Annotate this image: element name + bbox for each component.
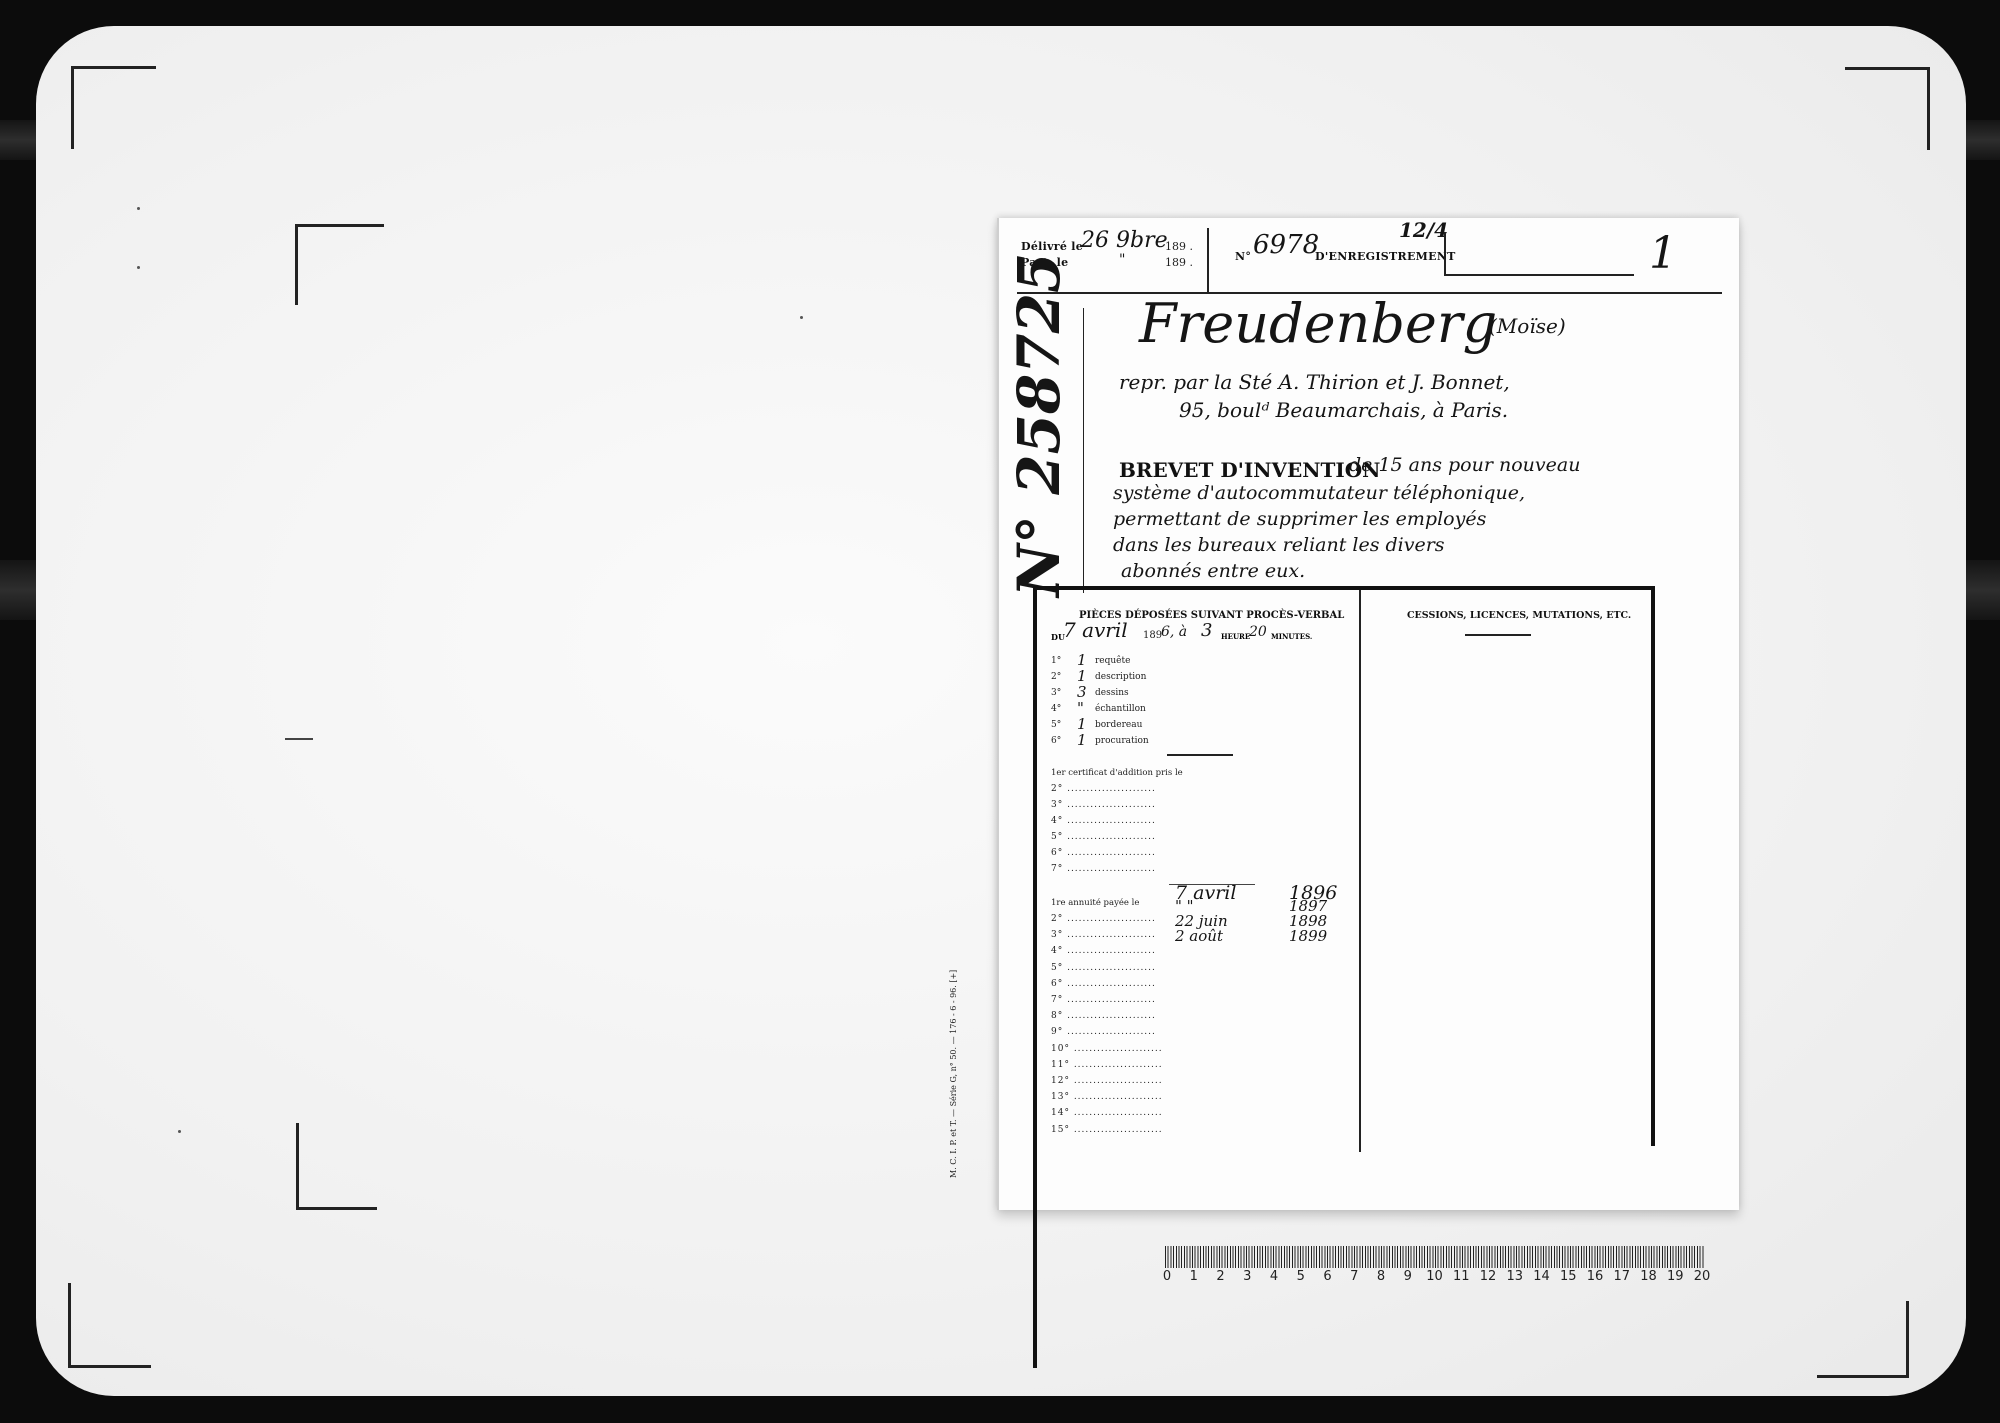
- piece-number: 5°: [1051, 720, 1061, 730]
- ruler-label: 10: [1426, 1269, 1443, 1284]
- pieces-divider: [1167, 754, 1233, 756]
- ruler-label: 20: [1694, 1269, 1711, 1284]
- certificat-first-label: 1er certificat d'addition pris le: [1051, 768, 1183, 778]
- hour-value: 3: [1201, 620, 1212, 641]
- minutes-label: MINUTES.: [1271, 632, 1312, 641]
- header-divider-2: [1444, 232, 1446, 274]
- year-suffix: 6, à: [1161, 624, 1187, 640]
- annuite-row: 13° .......................: [1051, 1092, 1163, 1102]
- delivre-year: 189 .: [1165, 240, 1193, 253]
- brevet-description-line: de 15 ans pour nouveau: [1349, 454, 1580, 476]
- brevet-title: BREVET D'INVENTION: [1119, 458, 1380, 482]
- certificat-row: 2° .......................: [1051, 784, 1156, 794]
- ruler-label: 4: [1270, 1269, 1278, 1284]
- annuite-row: 14° .......................: [1051, 1108, 1163, 1118]
- annuite-row: 7° .......................: [1051, 995, 1156, 1005]
- certificat-row: 6° .......................: [1051, 848, 1156, 858]
- crop-mark-inner-bottom-left: [296, 1123, 377, 1210]
- ruler-label: 6: [1323, 1269, 1331, 1284]
- table-right-rule: [1651, 586, 1655, 1146]
- ruler-label: 19: [1667, 1269, 1684, 1284]
- delivre-label: Délivré le: [1021, 240, 1083, 253]
- holder-first-name: (Moïse): [1489, 314, 1566, 338]
- annuite-row: 2° .......................: [1051, 914, 1156, 924]
- ruler-label: 16: [1587, 1269, 1604, 1284]
- ruler-label: 7: [1350, 1269, 1358, 1284]
- ruler-label: 11: [1453, 1269, 1470, 1284]
- piece-label: bordereau: [1095, 720, 1142, 730]
- piece-label: dessins: [1095, 688, 1129, 698]
- table-top-rule: [1033, 586, 1653, 590]
- crop-mark-outer-bottom-right: [1817, 1301, 1909, 1378]
- piece-label: requête: [1095, 656, 1130, 666]
- page-number: 1: [1649, 228, 1677, 279]
- piece-number: 2°: [1051, 672, 1061, 682]
- header-rule: [1444, 274, 1634, 276]
- annuite-row: 9° .......................: [1051, 1027, 1156, 1037]
- annuite-row: 8° .......................: [1051, 1011, 1156, 1021]
- annuite-row: 11° .......................: [1051, 1060, 1163, 1070]
- heure-label: HEURE: [1221, 632, 1250, 641]
- part-value: ": [1119, 252, 1125, 268]
- cessions-divider: [1465, 634, 1531, 636]
- piece-label: procuration: [1095, 736, 1149, 746]
- year-prefix: 189: [1143, 630, 1162, 641]
- delivre-value: 26 9bre: [1081, 228, 1168, 253]
- certificat-row: 4° .......................: [1051, 816, 1156, 826]
- crop-mark-inner-top-left: [295, 224, 384, 305]
- dust-speck: [800, 316, 803, 319]
- representative-line-1: repr. par la Sté A. Thirion et J. Bonnet…: [1119, 370, 1510, 394]
- ruler-label: 15: [1560, 1269, 1577, 1284]
- ruler-label: 12: [1480, 1269, 1497, 1284]
- piece-number: 1°: [1051, 656, 1061, 666]
- ruler-label: 8: [1377, 1269, 1385, 1284]
- crop-mark-outer-bottom-left: [68, 1283, 151, 1368]
- brevet-description-line: permettant de supprimer les employés: [1113, 508, 1486, 530]
- part-year: 189 .: [1165, 256, 1193, 269]
- printer-imprint: M. C. I. P. et T. — Série G, n° 50. — 17…: [949, 970, 958, 1178]
- certificat-row: 3° .......................: [1051, 800, 1156, 810]
- dust-speck: [137, 207, 140, 210]
- numero-value: 6978: [1253, 230, 1319, 260]
- piece-label: description: [1095, 672, 1146, 682]
- ruler-label: 1: [1190, 1269, 1198, 1284]
- brevet-number: N° 258725: [1005, 337, 1073, 597]
- annuite-row: 10° .......................: [1051, 1044, 1163, 1054]
- piece-count: 1: [1077, 731, 1087, 749]
- annuite-row: 3° .......................: [1051, 930, 1156, 940]
- holder-name: Freudenberg: [1139, 292, 1497, 355]
- payment-date: 2 août: [1175, 927, 1223, 945]
- ruler-label: 2: [1216, 1269, 1224, 1284]
- ruler-label: 0: [1163, 1269, 1171, 1284]
- annuite-row: 5° .......................: [1051, 963, 1156, 973]
- table-column-divider: [1359, 590, 1361, 1152]
- ruler-label: 14: [1533, 1269, 1550, 1284]
- crop-mark-outer-top-left: [71, 66, 156, 149]
- brevet-description-line: système d'autocommutateur téléphonique,: [1113, 482, 1525, 504]
- du-date: 7 avril: [1063, 618, 1128, 642]
- annuite-row: 12° .......................: [1051, 1076, 1163, 1086]
- ruler-label: 17: [1613, 1269, 1630, 1284]
- header-divider: [1207, 228, 1209, 292]
- crop-mark-outer-top-right: [1845, 67, 1930, 150]
- ruler-label: 3: [1243, 1269, 1251, 1284]
- minutes-value: 20: [1249, 624, 1267, 640]
- annuite-row: 15° .......................: [1051, 1125, 1163, 1135]
- brevet-description-line: dans les bureaux reliant les divers: [1113, 534, 1445, 556]
- fraction-annotation: 12/4: [1399, 218, 1448, 242]
- piece-number: 6°: [1051, 736, 1061, 746]
- numero-prefix: N°: [1235, 250, 1251, 263]
- piece-number: 3°: [1051, 688, 1061, 698]
- ruler-label: 9: [1404, 1269, 1412, 1284]
- annuite-row: 4° .......................: [1051, 946, 1156, 956]
- certificat-row: 5° .......................: [1051, 832, 1156, 842]
- dust-speck: [137, 266, 140, 269]
- piece-label: échantillon: [1095, 704, 1146, 714]
- ruler-label: 5: [1297, 1269, 1305, 1284]
- patent-document: Délivré le 26 9bre 189 . Part: le " 189 …: [997, 218, 1739, 1210]
- cessions-heading: CESSIONS, LICENCES, MUTATIONS, ETC.: [1407, 610, 1631, 621]
- scale-ruler: 01234567891011121314151617181920: [1165, 1246, 1705, 1286]
- ruler-ticks: [1165, 1246, 1705, 1268]
- certificat-row: 7° .......................: [1051, 864, 1156, 874]
- brevet-description-line: abonnés entre eux.: [1121, 560, 1305, 582]
- table-left-rule: [1033, 586, 1037, 1368]
- payment-year: 1899: [1289, 927, 1327, 945]
- ruler-label: 18: [1640, 1269, 1657, 1284]
- stray-mark: [285, 738, 313, 740]
- margin-line: [1083, 308, 1084, 593]
- representative-line-2: 95, boulᵈ Beaumarchais, à Paris.: [1179, 398, 1508, 422]
- annuite-row: 6° .......................: [1051, 979, 1156, 989]
- dust-speck: [178, 1130, 181, 1133]
- ruler-label: 13: [1506, 1269, 1523, 1284]
- piece-number: 4°: [1051, 704, 1061, 714]
- annuite-first-label: 1re annuité payée le: [1051, 898, 1139, 908]
- enregistrement-label: D'ENREGISTREMENT: [1315, 250, 1456, 263]
